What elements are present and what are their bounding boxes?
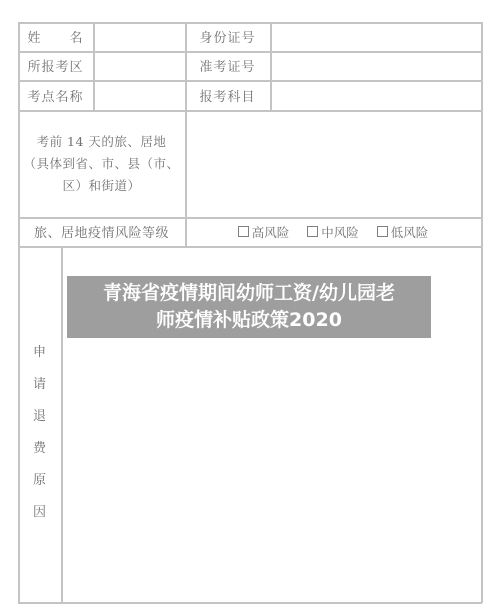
risk-option-label: 中风险 (321, 223, 359, 241)
exam-subject-field[interactable] (270, 80, 481, 110)
label-exam-subject: 报考科目 (185, 80, 270, 110)
reason-char: 费 (33, 437, 46, 456)
reason-char: 退 (33, 405, 46, 424)
label-exam-site: 考点名称 (18, 80, 93, 110)
risk-option-label: 高风险 (252, 223, 290, 241)
table-border-right (481, 22, 483, 603)
label-name: 姓 名 (18, 22, 93, 51)
exam-area-field[interactable] (93, 51, 185, 80)
reason-char: 原 (33, 469, 46, 488)
checkbox-icon[interactable] (307, 226, 318, 237)
reason-char: 申 (33, 341, 46, 360)
risk-option-label: 低风险 (391, 223, 429, 241)
risk-level-options: 高风险 中风险 低风险 (185, 217, 481, 246)
travel-line-3: 区）和街道） (62, 175, 140, 197)
label-risk-level: 旅、居地疫情风险等级 (18, 217, 185, 246)
label-id-number: 身份证号 (185, 22, 270, 51)
name-field[interactable] (93, 22, 185, 51)
label-exam-area: 所报考区 (18, 51, 93, 80)
travel-history-field[interactable] (185, 110, 481, 217)
risk-option-low[interactable]: 低风险 (377, 223, 429, 241)
admission-number-field[interactable] (270, 51, 481, 80)
label-admission-number: 准考证号 (185, 51, 270, 80)
risk-option-medium[interactable]: 中风险 (307, 223, 359, 241)
exam-site-field[interactable] (93, 80, 185, 110)
travel-line-1: 考前 14 天的旅、居地 (37, 131, 167, 153)
checkbox-icon[interactable] (377, 226, 388, 237)
label-refund-reason: 申 请 退 费 原 因 (18, 246, 61, 602)
travel-line-2: （具体到省、市、县（市、 (23, 153, 179, 175)
table-border-bottom (18, 602, 482, 604)
banner-line-1: 青海省疫情期间幼师工资/幼儿园老 (103, 280, 395, 307)
reason-char: 因 (33, 501, 46, 520)
label-travel-history: 考前 14 天的旅、居地 （具体到省、市、县（市、 区）和街道） (18, 110, 185, 217)
checkbox-icon[interactable] (238, 226, 249, 237)
title-banner: 青海省疫情期间幼师工资/幼儿园老 师疫情补贴政策2020 (67, 276, 431, 338)
reason-char: 请 (33, 373, 46, 392)
banner-line-2: 师疫情补贴政策2020 (156, 307, 342, 334)
id-number-field[interactable] (270, 22, 481, 51)
risk-option-high[interactable]: 高风险 (238, 223, 290, 241)
